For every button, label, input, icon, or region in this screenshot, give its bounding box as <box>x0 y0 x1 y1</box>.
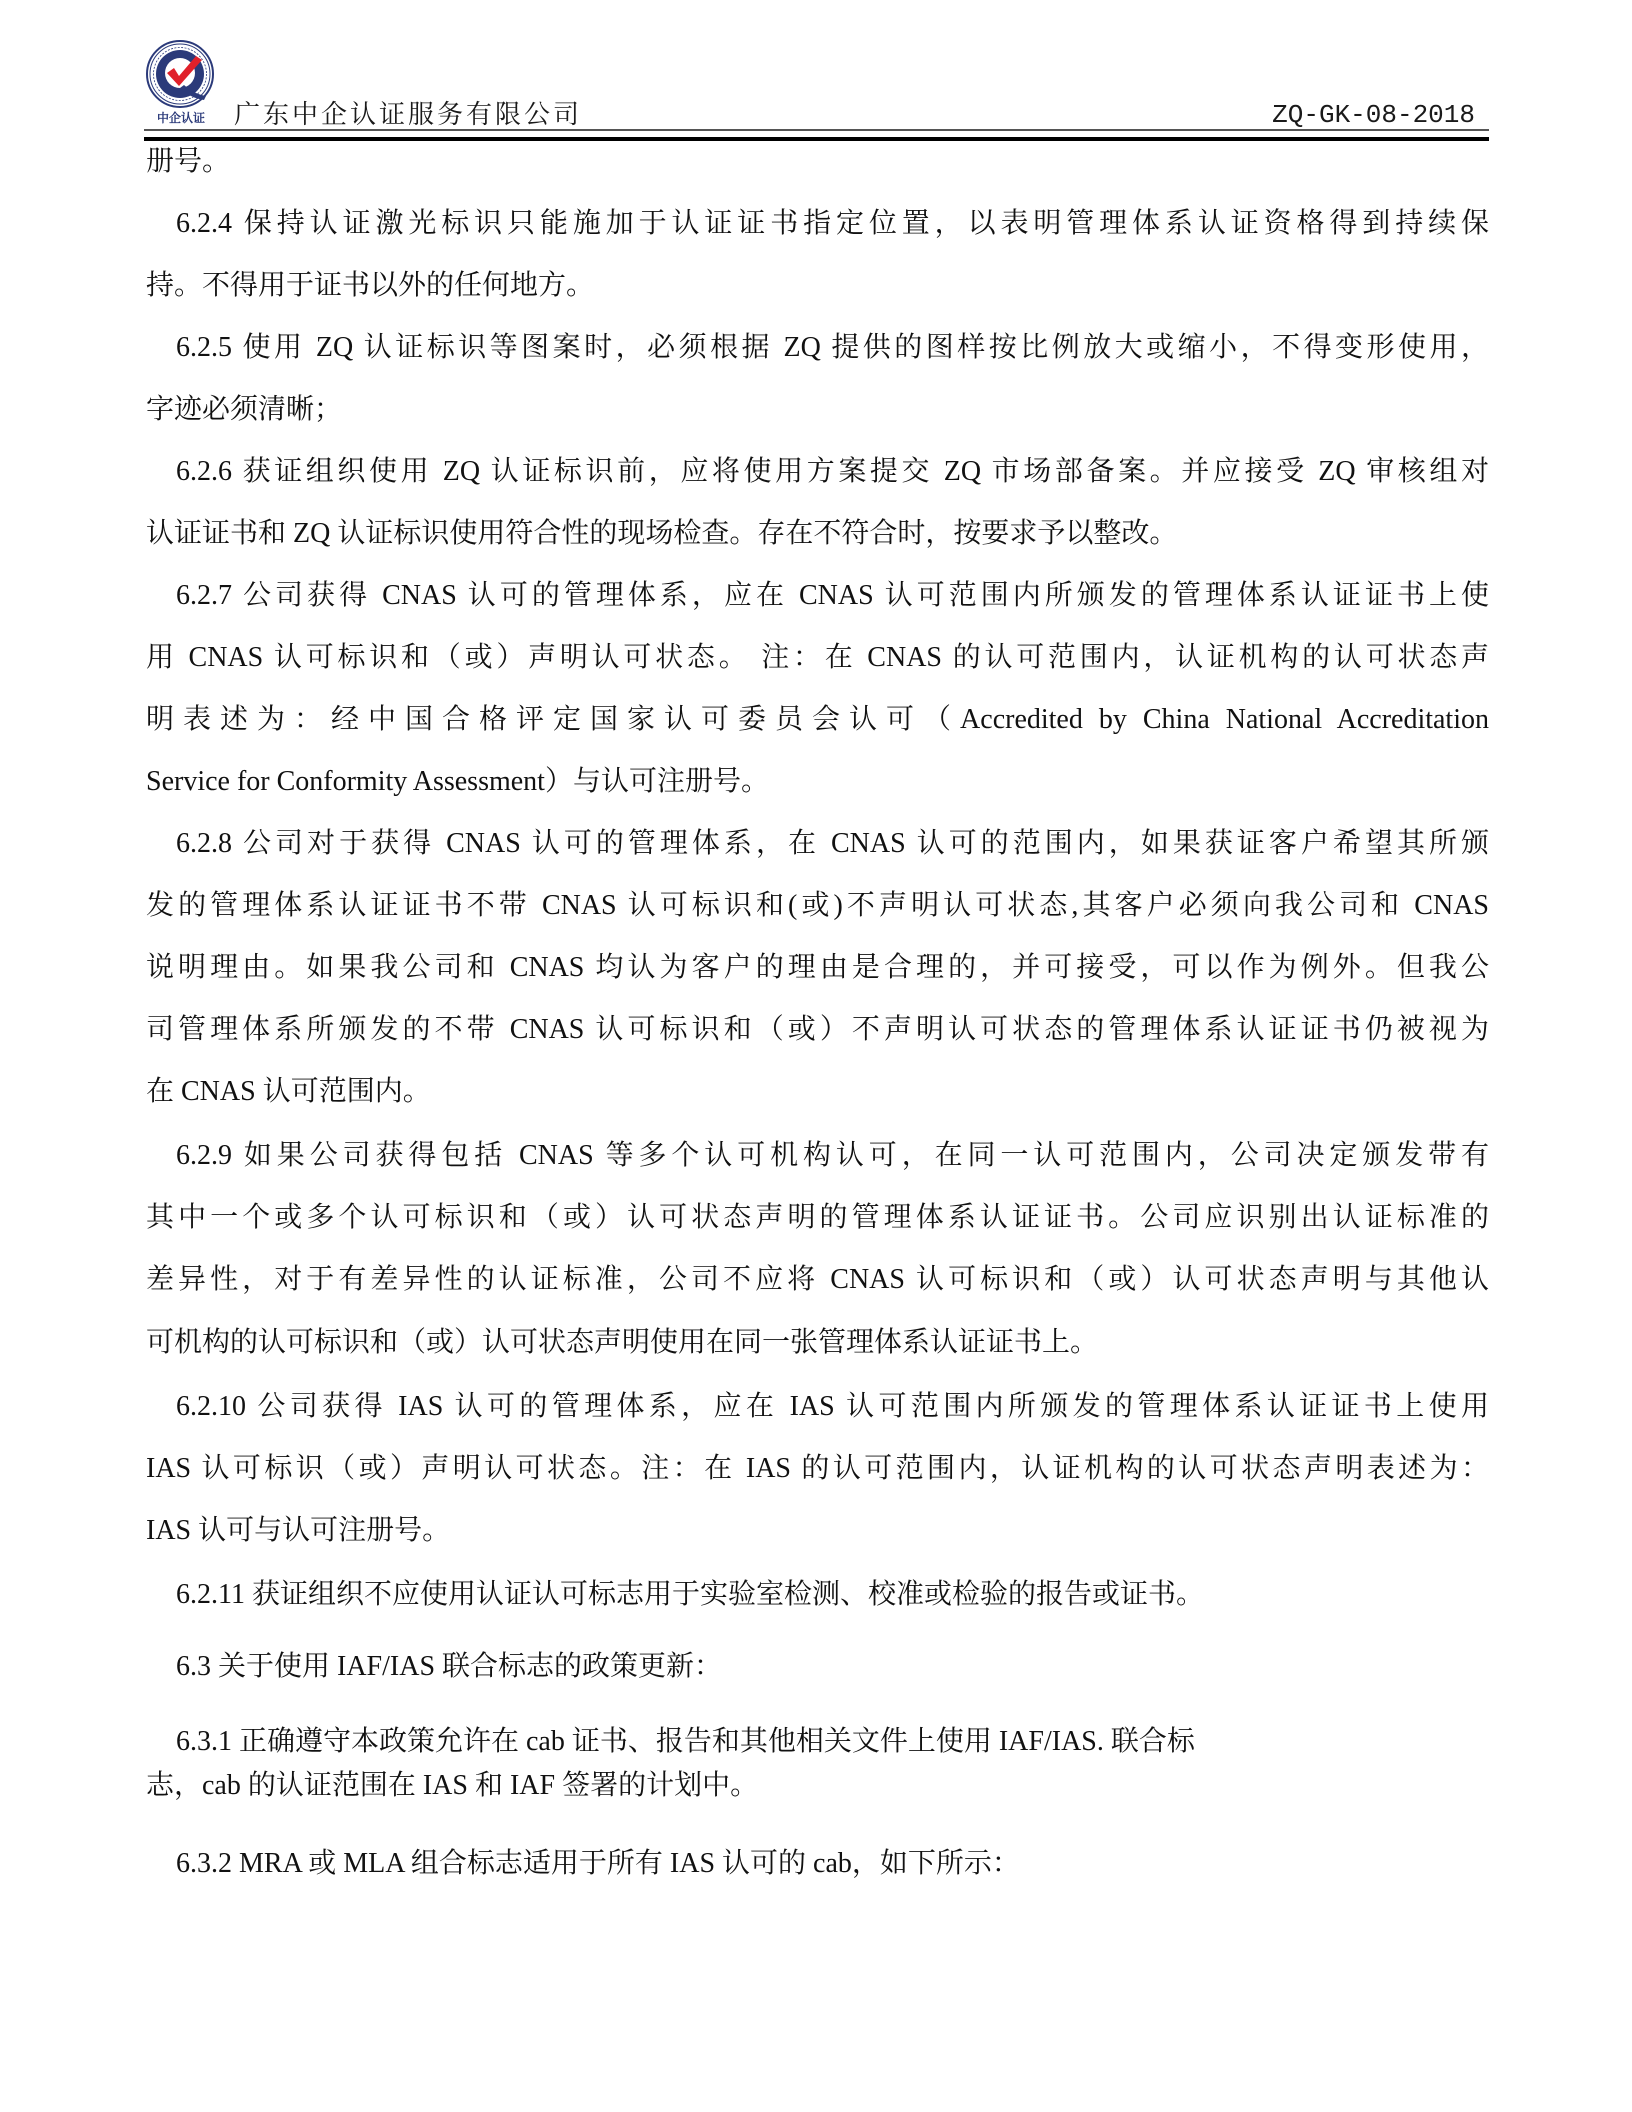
text-line: Service for Conformity Assessment）与认可注册号… <box>146 765 1489 799</box>
text-line: 差异性，对于有差异性的认证标准，公司不应将 CNAS 认可标识和（或）认可状态声… <box>146 1263 1489 1297</box>
clause-6-2-5: 6.2.5 使用 ZQ 认证标识等图案时，必须根据 ZQ 提供的图样按比例放大或… <box>176 331 1489 365</box>
clause-6-2-6: 6.2.6 获证组织使用 ZQ 认证标识前，应将使用方案提交 ZQ 市场部备案。… <box>176 455 1489 489</box>
text-line: 持。不得用于证书以外的任何地方。 <box>146 269 1489 303</box>
text-line: 说明理由。如果我公司和 CNAS 均认为客户的理由是合理的，并可接受，可以作为例… <box>146 951 1489 985</box>
clause-6-2-10: 6.2.10 公司获得 IAS 认可的管理体系，应在 IAS 认可范围内所颁发的… <box>176 1390 1489 1424</box>
text-line: 志，cab 的认证范围在 IAS 和 IAF 签署的计划中。 <box>146 1769 1489 1803</box>
text-line: 用 CNAS 认可标识和（或）声明认可状态。 注：在 CNAS 的认可范围内，认… <box>146 641 1489 675</box>
clause-6-2-9: 6.2.9 如果公司获得包括 CNAS 等多个认可机构认可，在同一认可范围内，公… <box>176 1139 1489 1173</box>
text-line: 明表述为：经中国合格评定国家认可委员会认可（Accredited by Chin… <box>146 703 1489 737</box>
text-line: 发的管理体系认证证书不带 CNAS 认可标识和(或)不声明认可状态,其客户必须向… <box>146 889 1489 923</box>
document-code: ZQ-GK-08-2018 <box>1272 100 1475 130</box>
text-line: 册号。 <box>146 145 1489 179</box>
clause-6-3-1: 6.3.1 正确遵守本政策允许在 cab 证书、报告和其他相关文件上使用 IAF… <box>176 1725 1489 1759</box>
clause-6-2-8: 6.2.8 公司对于获得 CNAS 认可的管理体系，在 CNAS 认可的范围内，… <box>176 827 1489 861</box>
text-line: 在 CNAS 认可范围内。 <box>146 1075 1489 1109</box>
text-line: IAS 认可与认可注册号。 <box>146 1514 1489 1548</box>
text-line: 认证证书和 ZQ 认证标识使用符合性的现场检查。存在不符合时，按要求予以整改。 <box>146 517 1489 551</box>
text-line: 字迹必须清晰； <box>146 393 1489 427</box>
clause-6-3-2: 6.3.2 MRA 或 MLA 组合标志适用于所有 IAS 认可的 cab，如下… <box>176 1847 1489 1881</box>
section-6-3-heading: 6.3 关于使用 IAF/IAS 联合标志的政策更新： <box>176 1650 1489 1684</box>
text-line: IAS 认可标识（或）声明认可状态。注：在 IAS 的认可范围内，认证机构的认可… <box>146 1452 1489 1486</box>
header-rule-thin <box>144 129 1489 131</box>
header-rule-thick <box>144 137 1489 141</box>
text-line: 司管理体系所颁发的不带 CNAS 认可标识和（或）不声明认可状态的管理体系认证证… <box>146 1013 1489 1047</box>
text-line: 可机构的认可标识和（或）认可状态声明使用在同一张管理体系认证证书上。 <box>146 1326 1489 1360</box>
clause-6-2-11: 6.2.11 获证组织不应使用认证认可标志用于实验室检测、校准或检验的报告或证书… <box>176 1578 1489 1612</box>
clause-6-2-7: 6.2.7 公司获得 CNAS 认可的管理体系，应在 CNAS 认可范围内所颁发… <box>176 579 1489 613</box>
logo-caption: 中企认证 <box>157 110 205 125</box>
clause-6-2-4: 6.2.4 保持认证激光标识只能施加于认证证书指定位置，以表明管理体系认证资格得… <box>176 207 1489 241</box>
zq-certification-logo-icon: 中企认证 <box>146 38 216 126</box>
text-line: 其中一个或多个认可标识和（或）认可状态声明的管理体系认证证书。公司应识别出认证标… <box>146 1201 1489 1235</box>
company-name: 广东中企认证服务有限公司 <box>234 100 582 130</box>
